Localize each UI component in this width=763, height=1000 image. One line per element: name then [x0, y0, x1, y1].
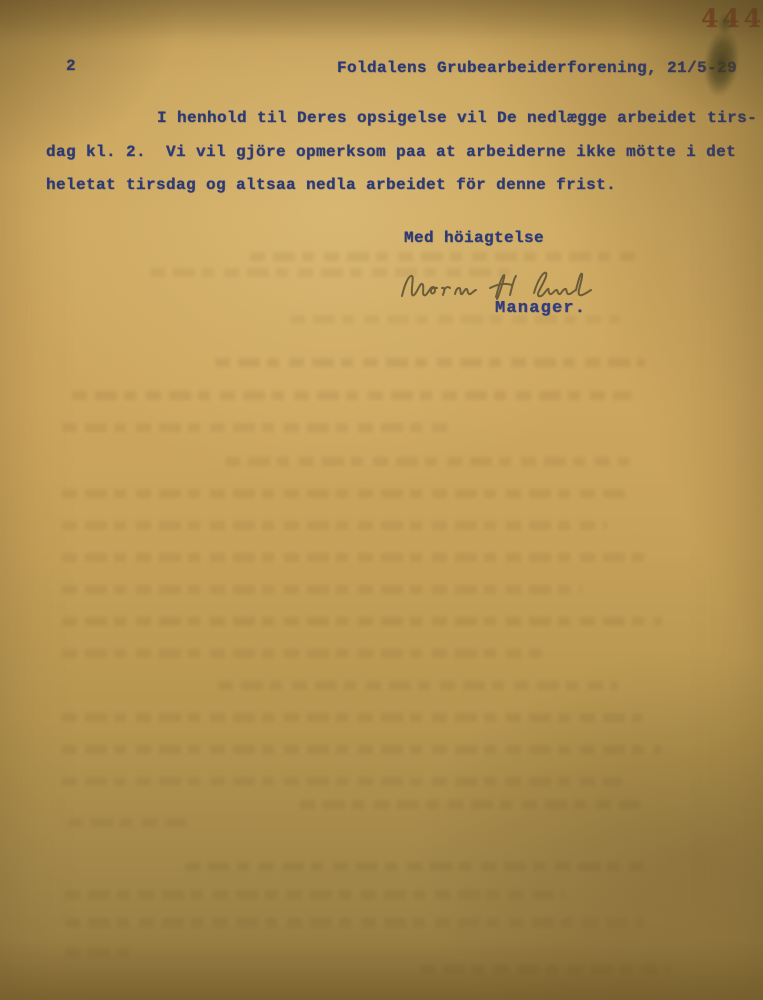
body-text-line: dag kl. 2. Vi vil gjöre opmerksom paa at… [46, 143, 736, 161]
page-number: 2 [66, 57, 76, 75]
body-text-line: heletat tirsdag og altsaa nedla arbeidet… [46, 176, 616, 194]
bleed-through-line [215, 358, 645, 367]
bleed-through-line [65, 890, 565, 899]
bleed-through-line [62, 489, 632, 498]
bleed-through-line [62, 713, 642, 722]
bleed-through-line [300, 800, 640, 809]
ink-blot-stain [694, 22, 748, 113]
bleed-through-line [420, 965, 670, 974]
bleed-through-line [250, 252, 640, 261]
bleed-through-line [218, 681, 618, 690]
bleed-through-line [225, 457, 630, 466]
closing-salutation: Med höiagtelse [404, 229, 544, 247]
bleed-through-line [62, 585, 582, 594]
bleed-through-line [65, 948, 135, 957]
bleed-through-line [65, 918, 645, 927]
body-text-line: I henhold til Deres opsigelse vil De ned… [157, 109, 757, 127]
bleed-through-line [62, 423, 452, 432]
bleed-through-line [68, 818, 188, 827]
bleed-through-line [72, 391, 632, 400]
letter-header: Foldalens Grubearbeiderforening, 21/5-29 [337, 59, 737, 77]
bleed-through-line [62, 745, 662, 754]
bleed-through-line [62, 777, 622, 786]
scanned-letter-page: 2 Foldalens Grubearbeiderforening, 21/5-… [0, 0, 763, 1000]
bleed-through-line [62, 649, 542, 658]
bleed-through-line [185, 862, 645, 871]
bleed-through-line [62, 617, 662, 626]
signature-title: Manager. [495, 299, 586, 318]
bleed-through-line [62, 553, 647, 562]
bleed-through-line [62, 521, 607, 530]
